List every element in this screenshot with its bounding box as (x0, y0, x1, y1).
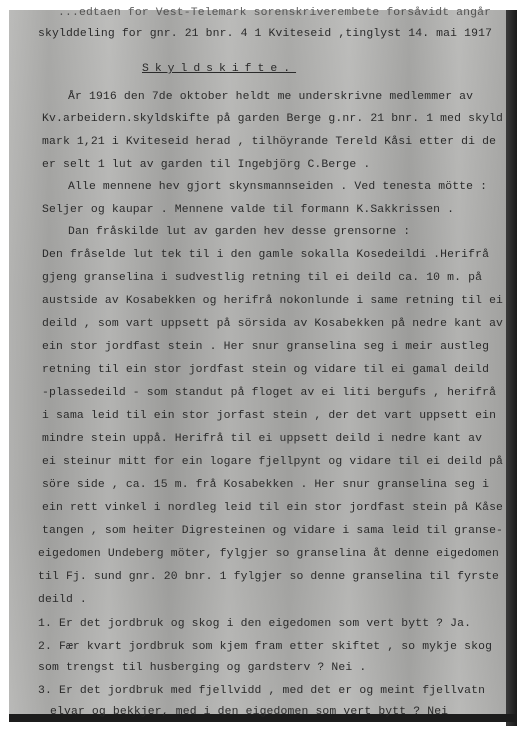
text-line: Den fråselde lut tek til i den gamle sok… (42, 249, 489, 261)
text-line: ein stor jordfast stein . Her snur grans… (42, 341, 489, 353)
text-line: austside av Kosabekken og herifrå nokonl… (42, 295, 503, 307)
text-line: År 1916 den 7de oktober heldt me undersk… (68, 91, 473, 103)
text-line: i sama leid til ein stor jorfast stein ,… (42, 410, 496, 422)
question-2: 2. Fær kvart jordbruk som kjem fram ette… (38, 641, 492, 653)
text-line: deild , som vart uppsett på sörsida av K… (42, 318, 503, 330)
question-3-continued: elvar og bekkjer, med i den eigedomen so… (50, 706, 448, 718)
question-3: 3. Er det jordbruk med fjellvidd , med d… (38, 685, 485, 697)
text-line: mark 1,21 i Kviteseid herad , tilhöyrand… (42, 136, 496, 148)
text-line: retning til ein stor jordfast stein og v… (42, 364, 489, 376)
text-line: eigedomen Undeberg möter, fylgjer so gra… (38, 548, 499, 560)
header-line: skylddeling for gnr. 21 bnr. 4 1 Kvitese… (38, 28, 492, 40)
text-line: Kv.arbeidern.skyldskifte på garden Berge… (42, 113, 503, 125)
text-line: tangen , som heiter Digresteinen og vida… (42, 525, 503, 537)
text-line: söre side , ca. 15 m. frå Kosabekken . H… (42, 479, 489, 491)
text-line: Dan fråskilde lut av garden hev desse gr… (68, 226, 410, 238)
text-line: deild . (38, 594, 87, 606)
text-line: er selt 1 lut av garden til Ingebjörg C.… (42, 159, 370, 171)
text-line: ein rett vinkel i nordleg leid til ein s… (42, 502, 503, 514)
text-line: mindre stein uppå. Herifrå til ei uppset… (42, 433, 482, 445)
text-line: -plassedeild - som standut på floget av … (42, 387, 496, 399)
text-line: Alle mennene hev gjort skynsmannseiden .… (68, 181, 487, 193)
question-1: 1. Er det jordbruk og skog i den eigedom… (38, 618, 471, 630)
page-shadow-right (506, 10, 517, 726)
header-line-partial: ...edtaen for Vest-Telemark sorenskriver… (58, 7, 491, 19)
text-line: gjeng granselina i sudvestlig retning ti… (42, 272, 482, 284)
text-line: ei steinur mitt for ein logare fjellpynt… (42, 456, 503, 468)
text-line: til Fj. sund gnr. 20 bnr. 1 fylgjer so d… (38, 571, 499, 583)
document-title: Skyldskifte. (142, 63, 296, 75)
question-2-continued: som trengst til husberging og gardsterv … (38, 662, 366, 674)
text-line: Seljer og kaupar . Mennene valde til for… (42, 204, 454, 216)
